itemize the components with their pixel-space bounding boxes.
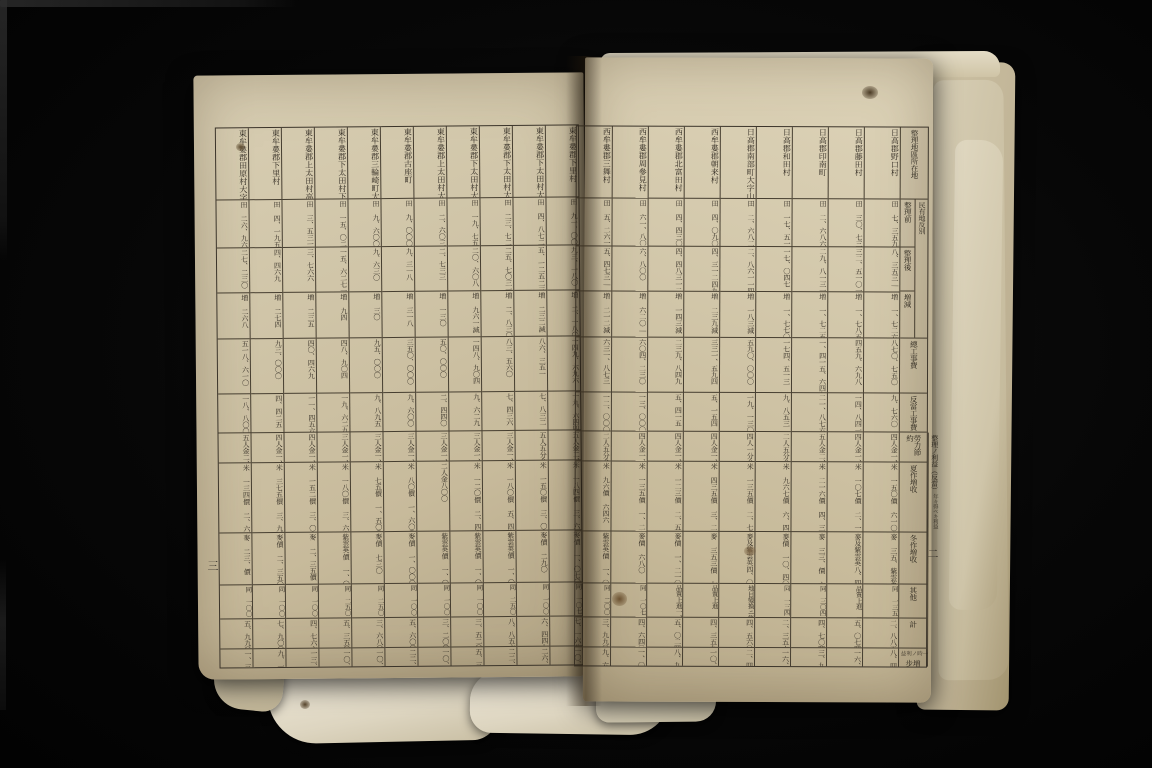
cell-fuyu: 麥 三三、價 六一〇 <box>791 532 826 584</box>
cell-natsu: 米 九六七價 六、四六三 <box>755 462 790 532</box>
cell-go: 四、三一二四九 <box>684 247 719 292</box>
cell-name: 日高郡印南町 <box>793 127 828 199</box>
cell-name: 東牟婁郡下太田村大字中里 <box>480 126 513 198</box>
cell-fuyu: 麥 二、三五價 七〇五 <box>285 533 317 585</box>
cell-zougen: 増 一、七七〇減 一、一〇〇 <box>756 292 791 338</box>
cell-fuyu: 麥及紫雲英四、〇三五價 一、〇三五 <box>719 532 754 584</box>
cell-go: 一五、六二七一〇八 <box>316 247 348 292</box>
cell-natsu: 米 一二三價 二、五一〇 <box>647 462 682 532</box>
cell-natsu: 米 四三五價 三、二四二 <box>683 462 718 532</box>
cell-tanto: 一一、四五六 <box>284 394 316 433</box>
cell-zougen: 増 六二〇— <box>612 291 647 337</box>
cell-tanto: 一四、八四一 <box>828 393 863 432</box>
cell-mae: 田 九、〇〇〇 <box>381 199 413 247</box>
cell-mae: 田 九、六〇〇 <box>348 199 380 247</box>
cell-natsu: 米 七五價 一、五〇〇 <box>351 462 384 532</box>
header-ichiji-text: 一時ノ利益 <box>899 650 927 659</box>
cell-name: 日高郡南部町大字山内 <box>721 127 756 199</box>
cell-tanto: 七、四三六 <box>482 392 514 431</box>
cell-tanto: 一三、〇〇〇 <box>612 392 647 431</box>
cell-name: 東牟婁郡古座町 <box>381 127 414 199</box>
cell-natsu: 米 八〇價 一、六〇〇 <box>384 462 417 532</box>
cell-mae: 田 九一、〇〇〇其他 九三〇 <box>546 197 578 245</box>
table-row: 東牟婁郡古座町田 九、〇〇〇九、三一八増 三一八三五〇、〇〇〇九、六〇〇三人金一… <box>380 127 418 666</box>
cell-mae: 田 一五、〇二一畑 二五七其他 六〇六 <box>315 199 347 247</box>
cell-kei: 四、五六〇 <box>719 618 754 648</box>
cell-zougen: 増 一三〇 <box>415 292 447 338</box>
cell-name: 日高郡藤田村 <box>829 127 864 199</box>
table-row: 東牟婁郡下太田村大字庄田 一九、七五三二〇、六〇八増 九六一減 一〇六一四八、九… <box>446 126 484 665</box>
cell-zougen: 増 二七四 <box>250 293 282 339</box>
cell-sonota: 同 二五〇 <box>484 583 516 617</box>
cell-fuyu: 紫雲英價 一、〇〇〇 <box>483 531 515 583</box>
cell-tanto: 五、一五四 <box>684 393 719 432</box>
table-row: 東牟婁郡上太田村大字南大居田 二、六〇三二、七三三増 一三〇五〇、〇〇〇二、四四… <box>413 127 451 666</box>
cell-kahei: 一六、五二〇 <box>755 648 790 666</box>
cell-kahei: 二二、〇〇〇 <box>385 648 417 666</box>
cell-kahei: 一、三五六 <box>220 649 252 667</box>
cell-fuyu: 紫雲英價 一、〇〇〇 <box>318 532 350 584</box>
cell-fuyu: 麥價 二、三五〇 <box>252 533 284 585</box>
cell-zougen: 増 一、七八五減 三二九 <box>828 292 863 338</box>
cell-tanto: 九、八九五 <box>350 393 382 432</box>
header-cost-per-tan: 反當工事費 <box>900 393 927 432</box>
cell-go: 八、三五三— <box>864 247 899 292</box>
cell-natsu: 米 一五〇價 三、〇〇〇 <box>516 461 549 531</box>
cell-kei: 五、〇七四 <box>827 618 862 648</box>
cell-tanto: 一二、〇〇〇 <box>576 392 611 431</box>
header-winter-crop: 冬作増收 <box>899 532 927 584</box>
cell-natsu: 米 一〇七價 二、一五〇 <box>827 462 862 532</box>
cell-roryoku: 二人五分金一、三七五 <box>576 431 611 461</box>
cell-soukouji: 九五、〇〇〇 <box>350 338 382 393</box>
photograph-of-open-book: 東牟婁郡下里村田 九一、〇〇〇其他 九三〇九三、一八〇増 二、一八〇減 九三〇一… <box>0 0 1152 768</box>
cell-zougen: 増 二六八 <box>217 293 249 339</box>
cell-mae: 田 一七、五一二畑 一、一六〇其他 一、二〇〇 <box>756 199 791 247</box>
cell-tanto: 五、四一五 <box>648 393 683 432</box>
cell-kei: 四、六四〇 <box>611 617 646 647</box>
cell-soukouji: 四五九、六九八 <box>828 338 863 393</box>
cell-kei: 三、二〇〇 <box>418 617 450 647</box>
cell-go: 六、八〇〇 <box>612 246 647 291</box>
cell-fuyu: 麥及紫雲英八、四六三價 四三〇 <box>827 532 862 584</box>
table-row: 日高郡藤田村田 三〇、七三五畑 二九五其他 二九三三二、五一〇一、四七二増 一、… <box>826 127 864 666</box>
cell-go: 四、四八三一二九 <box>648 247 683 292</box>
cell-roryoku: 五人金二、〇〇〇 <box>792 432 827 462</box>
cell-zougen: 増 一四三減 二〇八 <box>648 292 683 338</box>
cell-roryoku: 三人金一、二〇〇 <box>317 432 349 462</box>
cell-kahei: 一、〇八〇 <box>611 647 646 665</box>
table-row: 東牟婁郡下太田村大字市屋田 四、八七二畑 二二一其他 一〇二五、一二五二三三増 … <box>512 126 550 665</box>
header-labor-saving: 勞力節約 <box>900 432 928 462</box>
cell-mae: 田 二、六〇三 <box>414 199 446 247</box>
cell-soukouji: 五一八、六一〇 <box>218 339 250 394</box>
cell-fuyu: 麥價 七三〇 <box>351 532 383 584</box>
cell-soukouji: 三三一、五九四 <box>684 338 719 393</box>
cell-sonota: 同 一〇〇 <box>418 583 450 617</box>
cell-go: 三、七六六 <box>283 248 315 293</box>
cell-tanto: 九、六二九 <box>449 392 481 431</box>
cell-natsu: 二人金八〇〇 <box>417 461 450 531</box>
cell-natsu: 米 一二〇價 二、四〇〇 <box>450 461 483 531</box>
cell-soukouji: 六〇四、二三〇 <box>612 337 647 392</box>
cell-soukouji: 一四八、九〇四 <box>449 337 481 392</box>
header-group-minyuchi: 民有地反別 整理前 整理後 増減 <box>900 199 927 338</box>
cell-go: 四、四六九 <box>250 248 282 293</box>
cell-roryoku: 四人金一、六〇〇 <box>864 432 899 462</box>
cell-go: 五、一二五二三三 <box>514 246 546 291</box>
cell-sonota: 同 一〇〇 <box>517 583 549 617</box>
cell-zougen: 増 九四 <box>316 292 348 338</box>
cell-kahei: 一六、一四七 <box>827 648 862 666</box>
cell-zougen: 増 一、七二五減 四三四 <box>792 292 827 338</box>
cell-kei: 五、〇二四 <box>647 618 682 648</box>
cell-fuyu: 麥價 二九〇 <box>516 531 548 583</box>
cell-zougen: 増 九六一減 一〇六 <box>448 291 480 337</box>
cell-mae: 田 四、八七二畑 二二一其他 一〇二 <box>513 198 545 246</box>
cell-go: 二九、八一三一四八 <box>792 247 827 292</box>
cell-go: 二七、二三〇 <box>217 248 249 293</box>
cell-name: 東牟婁郡下太田村下和田 <box>315 127 348 199</box>
cell-zougen: 増 一八三減 三四 <box>720 292 755 338</box>
cell-mae: 田 四、一九五 <box>249 200 281 248</box>
cell-go: 九、三一八 <box>382 247 414 292</box>
cell-kahei: 三、九九八 <box>791 648 826 666</box>
page-number-left: 三 <box>204 560 220 571</box>
header-rieki-text: 整理ノ利益（反當） <box>931 435 938 494</box>
cell-soukouji: 八三、五六〇 <box>482 337 514 392</box>
frame-edge-left-lower <box>0 560 6 710</box>
cell-go: 五、四七三— <box>576 246 611 291</box>
table-row: 東牟婁郡下太田村下和田田 一五、〇二一畑 二五七其他 六〇六一五、六二七一〇八増… <box>314 127 352 666</box>
cell-sonota: 同 一三五 <box>863 584 898 618</box>
cell-name: 東牟婁郡三輪崎町大字津荷 <box>348 127 381 199</box>
header-after: 整理後 <box>900 247 914 292</box>
cell-mae: 田 六一、八〇〇 <box>612 198 647 246</box>
cell-soukouji: 一、四一五、六四九 <box>792 338 827 393</box>
cell-kei: 六、四四七 <box>517 617 549 647</box>
cell-tanto: 一九、一三〇 <box>720 393 755 432</box>
cell-kahei: 八、九六〇 <box>647 648 682 666</box>
cell-kahei: 一三、四五〇 <box>286 649 318 667</box>
table-row: 日高郡印南町田 二、六八六畑 一、九三一宅地 二九五其他 一三〇二九、八一三一四… <box>790 127 828 666</box>
table-row: 日高郡和田村田 一七、五一二畑 一、一六〇其他 一、二〇〇一七、〇四七—増 一、… <box>754 127 792 666</box>
table-row: 東牟婁郡田原村大字粉白田 二六、九六二二七、二三〇増 二六八五一八、六一〇一八、… <box>216 128 253 667</box>
header-before: 整理前 <box>900 199 914 247</box>
cell-kei: 二、三五六 <box>755 618 790 648</box>
cell-mae: 田 二三、七二一其他 八〇二 <box>480 198 512 246</box>
header-summer-crop: 夏作増收 <box>899 462 927 532</box>
cell-sonota: 品質上進 一二九 <box>683 584 718 618</box>
table-row: 東牟婁郡下里村田 四、一九五四、四六九増 二七四九三、〇〇〇四、四二五四人金一、… <box>248 128 286 667</box>
cell-fuyu: 紫雲英價 一、〇〇〇 <box>417 531 449 583</box>
cell-tanto: 九、八五三 <box>756 393 791 432</box>
cell-zougen: 増 二、八三〇 <box>481 291 513 337</box>
frame-edge-left <box>0 0 7 260</box>
cell-name: 日高郡和田村 <box>757 127 792 199</box>
cell-sonota: 同 一〇〇 <box>286 585 318 619</box>
table-row: 日高郡野口村田 七、三五九畑 一九六宅地 二九其他 一三六八、三五三—増 一、七… <box>862 127 900 666</box>
cell-name: 東牟婁郡下太田村大字庄 <box>447 126 480 198</box>
cell-fuyu: 紫雲英價 一、〇〇〇 <box>450 531 482 583</box>
cell-mae: 田 三〇、七三五畑 二九五其他 二九三 <box>828 199 863 247</box>
cell-mae: 田 五、二六一其他 三六四 <box>576 198 611 246</box>
cell-fuyu: 麥價 一、二一〇 <box>647 532 682 584</box>
cell-roryoku: 五人金二、〇〇〇 <box>218 433 250 463</box>
cell-soukouji: 九三、〇〇〇 <box>251 339 283 394</box>
cell-natsu: 米 一三四價 二、六八〇 <box>219 463 252 533</box>
cell-fuyu: 麥 二三、價 一、三四〇 <box>219 533 251 585</box>
cell-soukouji: 六三一、八七三 <box>576 337 611 392</box>
header-total: 計 <box>899 618 927 648</box>
header-minyuchi-label: 民有地反別 <box>914 200 927 338</box>
cell-roryoku: 三人金一、二〇〇 <box>416 432 448 462</box>
cell-sonota: 同 二五〇 <box>352 584 384 618</box>
cell-sonota: 同 三〇四 <box>791 584 826 618</box>
cell-kei: 五、三五〇 <box>319 618 351 648</box>
cell-go: 二〇、六〇八 <box>448 246 480 291</box>
table-header-column: 整理地區所在地 民有地反別 整理前 整理後 増減 總工事費 反當工事費 整理ノ利… <box>898 127 928 666</box>
cell-kei: 五、六〇〇 <box>385 618 417 648</box>
cell-soukouji: 一七四、五一三 <box>756 338 791 393</box>
cell-name: 東牟婁郡下里村 <box>249 128 282 200</box>
cell-tanto: 一九、六二九 <box>317 393 349 432</box>
cell-kahei: 一〇、〇〇〇 <box>352 648 384 666</box>
cell-fuyu: 麥價 一〇、四〇〇 <box>755 532 790 584</box>
cell-sonota: 同 一〇〇 <box>253 585 285 619</box>
cell-soukouji: 三五〇、〇〇〇 <box>383 338 415 393</box>
table-row: 西牟婁郡北富田村田 四、四三〇畑 一、六一五宅地 一〇六其他 二六八四、四八三一… <box>646 127 684 666</box>
cell-soukouji: 五九〇、〇〇〇 <box>720 338 755 393</box>
cell-sonota: 同 一三四 <box>755 584 790 618</box>
cell-natsu: 米 三七五價 三、九五〇 <box>252 463 285 533</box>
cell-natsu: 米 二一六價 四、三二〇 <box>791 462 826 532</box>
page-number-right: 二 <box>924 548 940 559</box>
cell-roryoku: 四人金一、六〇〇 <box>648 432 683 462</box>
cell-soukouji: 八七〇、七五〇 <box>864 338 899 393</box>
header-area-gain: 一時ノ利益 増步 <box>899 648 927 666</box>
cell-kahei: 五、三〇〇 <box>451 647 483 665</box>
cell-name: 西牟婁郡三舞村 <box>577 126 612 198</box>
cell-kei: 三、五二〇 <box>451 617 483 647</box>
cell-roryoku: 四人金一、五〇〇 <box>684 432 719 462</box>
cell-fuyu: 麥 三五、紫雲英 三〇、價 二一〇 <box>863 532 898 584</box>
cell-natsu: 米 一五〇價 六一〇 <box>863 462 898 532</box>
cell-sonota: 同 一〇七 <box>611 583 646 617</box>
cell-kei: 四、三五九 <box>683 618 718 648</box>
cell-go: 一七、〇四七— <box>756 247 791 292</box>
cell-kahei: 一〇、七五〇 <box>319 648 351 666</box>
header-nennen-text: 年々得ベキ利益 <box>931 493 937 528</box>
header-total-cost: 總工事費 <box>900 338 927 393</box>
cell-sonota: 同 二〇〇 <box>575 583 610 617</box>
cell-name: 東牟婁郡田原村大字粉白 <box>216 128 249 200</box>
cell-kahei: 八、四二三 <box>863 648 898 666</box>
cell-fuyu: 紫雲英價 一、〇〇〇 <box>575 531 610 583</box>
page-edge-stack <box>949 140 1004 611</box>
header-other: 其他 <box>899 584 927 618</box>
cell-mae: 田 二、六八六畑 一、九三一宅地 二九五其他 一三〇 <box>792 199 827 247</box>
cell-roryoku: 三人金一、二〇〇 <box>482 431 514 461</box>
table-row: 西牟婁郡朝来村田 四、〇九〇畑 五三其他 一三六四、三一二四九増 二三九減 六一… <box>682 127 720 666</box>
cell-soukouji: 二三九、八四九 <box>648 338 683 393</box>
table-row: 西牟婁郡三舞村田 五、二六一其他 三六四五、四七三—増 二一二減 八〇六三一、八… <box>575 126 612 665</box>
cell-natsu: 米 一三五價 二、七〇〇 <box>719 462 754 532</box>
cell-go: 二、八六一一四八 <box>720 247 755 292</box>
cell-go: 三二、五一〇一、四七二 <box>828 247 863 292</box>
cell-sonota: 地目變換ニ等シキモノヨリ得ル利益 一〇三 <box>719 584 754 618</box>
cell-roryoku: 四人一分金一、二四五 <box>720 432 755 462</box>
cell-soukouji: 八六、三五一 <box>515 337 547 392</box>
cell-natsu: 米 一五二價 三、〇四〇 <box>285 463 318 533</box>
cell-fuyu: 麥 三五三價 七三〇 <box>683 532 718 584</box>
cell-tanto: 四、四二五 <box>251 394 283 433</box>
cell-zougen: 増 二三九減 六一 <box>684 292 719 338</box>
cell-roryoku: 四人金一、六〇〇 <box>251 433 283 463</box>
table-row: 東牟婁郡上太田村高達井田 三、五三一三、七六六増 二三五四〇、四六九一一、四五六… <box>281 128 319 667</box>
cell-kei: 四、七〇四 <box>791 618 826 648</box>
cell-tanto: 一八、八〇〇 <box>218 394 250 433</box>
cell-soukouji: 五〇、〇〇〇 <box>416 338 448 393</box>
cell-name: 西牟婁郡周參見村 <box>613 126 648 198</box>
cell-kei: 五、九九〇 <box>220 619 252 649</box>
cell-roryoku: 四人金一、六〇〇 <box>612 431 647 461</box>
cell-kahei: 二二、〇五〇 <box>484 647 516 665</box>
cell-natsu: 米 一三五價 一、二六〇 <box>611 461 646 531</box>
cell-natsu: 米 一八〇價 五、四〇〇 <box>483 461 516 531</box>
cell-kei: 八、八五六 <box>484 617 516 647</box>
cell-roryoku: 三人金一、二〇〇 <box>350 432 382 462</box>
cell-mae: 田 四、四三〇畑 一、六一五宅地 一〇六其他 二六八 <box>648 199 683 247</box>
cell-tanto: 九、六〇〇 <box>383 393 415 432</box>
cell-roryoku: 三人金一、二〇〇 <box>449 431 481 461</box>
cell-roryoku: 五人五分金二、二〇〇 <box>515 431 547 461</box>
cell-roryoku: 四人金一、六〇〇 <box>284 433 316 463</box>
table-row: 東牟婁郡下太田村大字中里田 二三、七二一其他 八〇二二五、七〇三一〇八増 二、八… <box>479 126 517 665</box>
book-page-left: 東牟婁郡下里村田 九一、〇〇〇其他 九三〇九三、一八〇増 二、一八〇減 九三〇一… <box>193 72 588 679</box>
cell-roryoku: 三人金一、〇五〇 <box>383 432 415 462</box>
cell-tanto: 二一、八七六 <box>792 393 827 432</box>
cell-kei: 四、七六六 <box>286 619 318 649</box>
cell-mae: 田 七、三五九畑 一九六宅地 二九其他 一三六 <box>864 199 899 247</box>
cell-tanto: 七、八三二 <box>515 392 547 431</box>
cell-natsu: 米 九六價 六四六 <box>575 461 610 531</box>
land-adjustment-table-left: 東牟婁郡下里村田 九一、〇〇〇其他 九三〇九三、一八〇増 二、一八〇減 九三〇一… <box>215 124 584 668</box>
cell-roryoku: 四人金一、六〇〇 <box>828 432 863 462</box>
frame-edge-top <box>0 0 300 7</box>
land-adjustment-table-right: 整理地區所在地 民有地反別 整理前 整理後 増減 總工事費 反當工事費 整理ノ利… <box>574 125 929 667</box>
cell-kahei: 二六、六九七 <box>517 647 549 665</box>
cell-name: 東牟婁郡下太田村大字市屋 <box>513 126 546 198</box>
cell-fuyu: 麥價 一、〇〇〇 <box>384 532 416 584</box>
cell-kahei: 一〇、八九九 <box>683 648 718 666</box>
cell-sonota: 同 一〇〇 <box>451 583 483 617</box>
cell-mae: 田 一九、七五三 <box>447 198 479 246</box>
cell-kahei: 一〇、〇〇〇 <box>418 647 450 665</box>
table-row: 東牟婁郡三輪崎町大字津荷田 九、六〇〇九、六三〇増 三〇九五、〇〇〇九、八九五三… <box>347 127 385 666</box>
cell-mae: 田 三、五三一 <box>282 200 314 248</box>
table-row: 日高郡南部町大字山内田 二、六八二畑 九六宅地 二三其他 九一二、八六一一四八増… <box>718 127 756 666</box>
cell-zougen: 増 一、七二六減 一〇六 <box>864 292 899 338</box>
cell-name: 東牟婁郡上太田村大字南大居 <box>414 127 447 199</box>
cell-kahei: 二、四〇〇 <box>719 648 754 666</box>
cell-sonota: 品質上進 二一〇 <box>827 584 862 618</box>
cell-kahei: 九、六〇〇 <box>575 647 610 665</box>
cell-tanto: 二、四四〇 <box>416 393 448 432</box>
cell-tanto: 九、七六〇 <box>864 393 899 432</box>
cell-kei: 二、八八五 <box>863 618 898 648</box>
cell-sonota: 同 一〇〇 <box>385 584 417 618</box>
cell-zougen: 増 二一二減 八〇 <box>576 291 611 337</box>
cell-natsu: 米 一八〇價 三、六〇〇 <box>318 462 351 532</box>
cell-kei: 三、六八〇 <box>352 618 384 648</box>
header-zougen: 増減 <box>900 292 914 338</box>
cell-kei: 七、九〇〇 <box>253 619 285 649</box>
cell-mae: 田 四、〇九〇畑 五三其他 一三六 <box>684 199 719 247</box>
cell-zougen: 増 三〇 <box>349 292 381 338</box>
cell-go: 二、七三三 <box>415 247 447 292</box>
cell-name: 西牟婁郡北富田村 <box>649 127 684 199</box>
cell-mae: 田 二、六八二畑 九六宅地 二三其他 九一 <box>720 199 755 247</box>
cell-soukouji: 四〇、四六九 <box>284 339 316 394</box>
cell-name: 日高郡野口村 <box>865 127 900 199</box>
header-masubu-text: 増步 <box>905 660 920 667</box>
cell-kahei: 九、一九五 <box>253 649 285 667</box>
cell-kei: 三、九九〇 <box>575 617 610 647</box>
header-location: 整理地區所在地 <box>901 127 928 199</box>
cell-name: 東牟婁郡上太田村高達井 <box>282 128 315 200</box>
cell-name: 西牟婁郡朝来村 <box>685 127 720 199</box>
cell-name: 東牟婁郡下里村 <box>546 125 579 197</box>
cell-zougen: 増 二三二減 一四〇 <box>514 291 546 337</box>
cell-soukouji: 四八、九〇四 <box>317 338 349 393</box>
cell-zougen: 増 二三五 <box>283 293 315 339</box>
header-group-rieki: 整理ノ利益（反當） 年々得ベキ利益 勞力節約 夏作増收 冬作増收 其他 計 一時… <box>899 432 927 666</box>
book-page-right: 整理地區所在地 民有地反別 整理前 整理後 増減 總工事費 反當工事費 整理ノ利… <box>583 57 933 702</box>
cell-sonota: 同 二五〇 <box>319 584 351 618</box>
cell-roryoku: 二人五分金一、三三〇 <box>756 432 791 462</box>
cell-go: 二五、七〇三一〇八 <box>481 246 513 291</box>
cell-sonota: 品質上進一、二〇〇 <box>647 584 682 618</box>
cell-go: 九、六三〇 <box>349 247 381 292</box>
table-row: 西牟婁郡周參見村田 六一、八〇〇六、八〇〇増 六二〇—六〇四、二三〇一三、〇〇〇… <box>610 126 648 665</box>
cell-zougen: 増 三一八 <box>382 292 414 338</box>
cell-sonota: 同 一〇〇 <box>220 585 252 619</box>
cell-mae: 田 二六、九六二 <box>216 200 248 248</box>
cell-fuyu: 麥價 六八〇 <box>611 531 646 583</box>
